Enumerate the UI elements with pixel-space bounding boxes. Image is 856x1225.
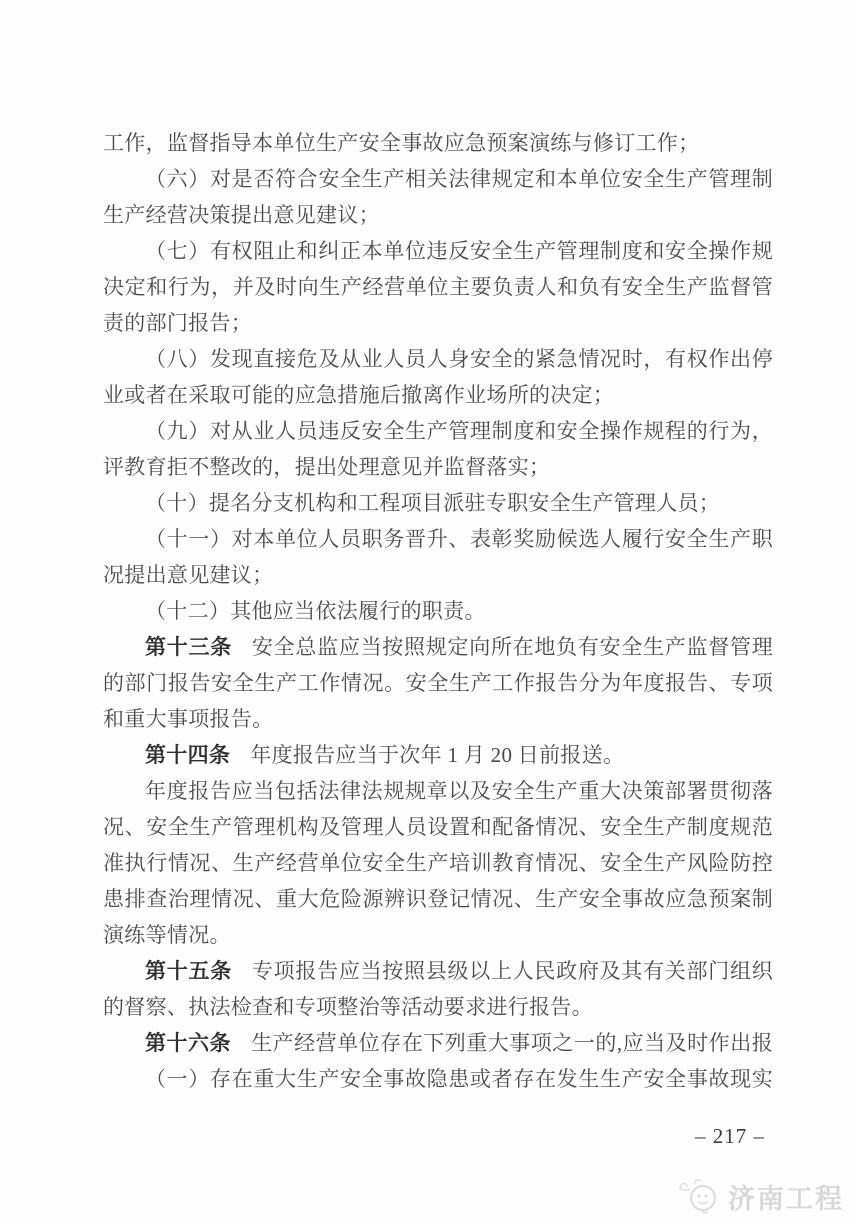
text-line: 第十五条专项报告应当按照县级以上人民政府及其有关部门组织开展	[103, 953, 773, 989]
jinan-gongcheng-logo-icon	[678, 1176, 722, 1216]
text-line: 生产经营决策提出意见建议；	[103, 197, 773, 233]
line-text: 年度报告应当于次年 1 月 20 日前报送。	[250, 743, 624, 767]
text-line: 的督察、执法检查和专项整治等活动要求进行报告。	[103, 989, 773, 1025]
line-text: （十）提名分支机构和工程项目派驻专职安全生产管理人员；	[145, 491, 720, 515]
line-text: 评教育拒不整改的，提出处理意见并监督落实；	[103, 455, 550, 479]
document-page: 工作，监督指导本单位生产安全事故应急预案演练与修订工作； （六）对是否符合安全生…	[0, 0, 856, 1225]
line-text: （六）对是否符合安全生产相关法律规定和本单位安全生产管理制度的	[145, 167, 773, 197]
article-number: 第十五条	[145, 959, 232, 983]
line-text: 况、安全生产管理机构及管理人员设置和配备情况、安全生产制度规范和标	[103, 815, 773, 845]
line-text: 准执行情况、生产经营单位安全生产培训教育情况、安全生产风险防控和隐	[103, 851, 773, 881]
page-number: – 217 –	[695, 1122, 765, 1150]
article-number: 第十六条	[145, 1031, 231, 1055]
watermark-text: 济南工程	[728, 1177, 844, 1216]
text-line: 演练等情况。	[103, 917, 773, 953]
line-text: 生产经营单位存在下列重大事项之一的,应当及时作出报告:	[145, 1031, 773, 1061]
text-line: 况提出意见建议；	[103, 557, 773, 593]
text-line: （一）存在重大生产安全事故隐患或者存在发生生产安全事故现实危险	[103, 1061, 773, 1097]
line-text: 责的部门报告；	[103, 311, 252, 335]
line-text: 的部门报告安全生产工作情况。安全生产工作报告分为年度报告、专项报告	[103, 671, 773, 701]
line-text: （十一）对本单位人员职务晋升、表彰奖励候选人履行安全生产职责情	[145, 527, 773, 557]
text-line: 责的部门报告；	[103, 305, 773, 341]
text-line: 准执行情况、生产经营单位安全生产培训教育情况、安全生产风险防控和隐	[103, 845, 773, 881]
line-text: （八）发现直接危及从业人员人身安全的紧急情况时，有权作出停止作	[145, 347, 773, 377]
text-line: 患排查治理情况、重大危险源辨识登记情况、生产安全事故应急预案制定和	[103, 881, 773, 917]
text-line: （九）对从业人员违反安全生产管理制度和安全操作规程的行为，经批	[103, 413, 773, 449]
text-line: （十二）其他应当依法履行的职责。	[103, 593, 773, 629]
text-line: （十一）对本单位人员职务晋升、表彰奖励候选人履行安全生产职责情	[103, 521, 773, 557]
line-text: 决定和行为，并及时向生产经营单位主要负责人和负有安全生产监督管理职	[103, 275, 773, 305]
line-text: （七）有权阻止和纠正本单位违反安全生产管理制度和安全操作规程的	[145, 239, 773, 269]
text-line: 第十三条安全总监应当按照规定向所在地负有安全生产监督管理职责	[103, 629, 773, 665]
line-text: 年度报告应当包括法律法规规章以及安全生产重大决策部署贯彻落实情	[145, 779, 773, 809]
line-text: 安全总监应当按照规定向所在地负有安全生产监督管理职责	[145, 635, 773, 665]
text-line: 年度报告应当包括法律法规规章以及安全生产重大决策部署贯彻落实情	[103, 773, 773, 809]
text-line: （十）提名分支机构和工程项目派驻专职安全生产管理人员；	[103, 485, 773, 521]
line-text: 工作，监督指导本单位生产安全事故应急预案演练与修订工作；	[103, 131, 699, 155]
text-line: 业或者在采取可能的应急措施后撤离作业场所的决定；	[103, 377, 773, 413]
article-number: 第十四条	[145, 743, 230, 767]
line-text: （一）存在重大生产安全事故隐患或者存在发生生产安全事故现实危险	[145, 1067, 773, 1097]
line-text: 的督察、执法检查和专项整治等活动要求进行报告。	[103, 995, 593, 1019]
text-line: 评教育拒不整改的，提出处理意见并监督落实；	[103, 449, 773, 485]
text-line: 第十四条年度报告应当于次年 1 月 20 日前报送。	[103, 737, 773, 773]
line-text: 和重大事项报告。	[103, 707, 273, 731]
text-line: （七）有权阻止和纠正本单位违反安全生产管理制度和安全操作规程的	[103, 233, 773, 269]
line-text: 生产经营决策提出意见建议；	[103, 203, 380, 227]
line-text: 演练等情况。	[103, 923, 231, 947]
line-text: 患排查治理情况、重大危险源辨识登记情况、生产安全事故应急预案制定和	[103, 887, 773, 917]
line-text: 专项报告应当按照县级以上人民政府及其有关部门组织开展	[145, 959, 773, 989]
watermark: 济南工程	[678, 1176, 844, 1216]
text-line: （八）发现直接危及从业人员人身安全的紧急情况时，有权作出停止作	[103, 341, 773, 377]
line-text: （九）对从业人员违反安全生产管理制度和安全操作规程的行为，经批	[145, 419, 773, 449]
text-line: （六）对是否符合安全生产相关法律规定和本单位安全生产管理制度的	[103, 161, 773, 197]
text-line: 和重大事项报告。	[103, 701, 773, 737]
text-line: 工作，监督指导本单位生产安全事故应急预案演练与修订工作；	[103, 125, 773, 161]
text-line: 决定和行为，并及时向生产经营单位主要负责人和负有安全生产监督管理职	[103, 269, 773, 305]
text-line: 的部门报告安全生产工作情况。安全生产工作报告分为年度报告、专项报告	[103, 665, 773, 701]
line-text: 业或者在采取可能的应急措施后撤离作业场所的决定；	[103, 383, 614, 407]
document-body: 工作，监督指导本单位生产安全事故应急预案演练与修订工作； （六）对是否符合安全生…	[103, 125, 773, 1097]
article-number: 第十三条	[145, 635, 232, 659]
line-text: 况提出意见建议；	[103, 563, 273, 587]
line-text: （十二）其他应当依法履行的职责。	[145, 599, 486, 623]
text-line: 第十六条生产经营单位存在下列重大事项之一的,应当及时作出报告:	[103, 1025, 773, 1061]
text-line: 况、安全生产管理机构及管理人员设置和配备情况、安全生产制度规范和标	[103, 809, 773, 845]
